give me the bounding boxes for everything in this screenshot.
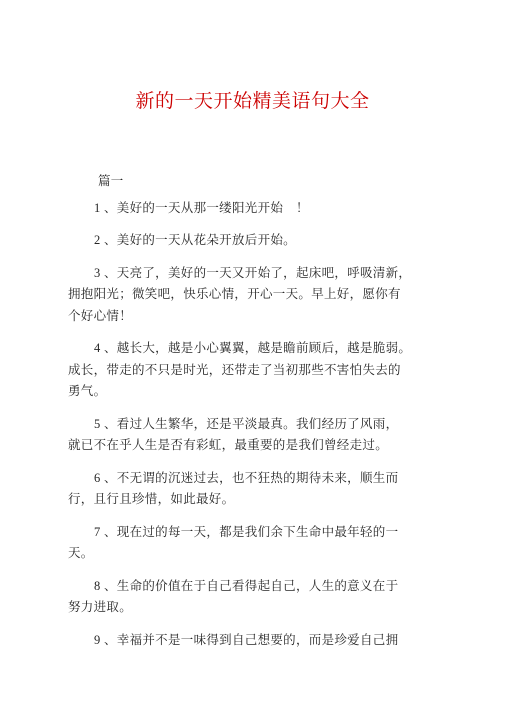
paragraph-8: 8 、生命的价值在于自己看得起自己，人生的意义在于 努力进取。 [68,576,505,619]
paragraph-9: 9 、幸福并不是一味得到自己想要的，而是珍爱自己拥 [68,630,505,652]
paragraph-line: 天。 [68,543,505,565]
paragraph-line: 7 、现在过的每一天，都是我们余下生命中最年轻的一 [68,522,505,544]
paragraph-3: 3 、天亮了，美好的一天又开始了，起床吧，呼吸清新， 拥抱阳光；微笑吧，快乐心情… [68,263,505,328]
paragraph-line: 拥抱阳光；微笑吧，快乐心情，开心一天。早上好，愿你有 [68,284,505,306]
paragraph-line: 个好心情！ [68,306,505,328]
paragraph-line: 1 、美好的一天从那一缕阳光开始 ！ [68,198,505,220]
paragraph-2: 2 、美好的一天从花朵开放后开始。 [68,230,505,252]
paragraph-line: 6 、不无谓的沉迷过去，也不狂热的期待未来，顺生而 [68,468,505,490]
paragraph-line: 就已不在乎人生是否有彩虹，最重要的是我们曾经走过。 [68,435,505,457]
paragraph-line: 3 、天亮了，美好的一天又开始了，起床吧，呼吸清新， [68,263,505,285]
paragraph-5: 5 、看过人生繁华，还是平淡最真。我们经历了风雨， 就已不在乎人生是否有彩虹，最… [68,414,505,457]
paragraph-line: 成长，带走的不只是时光，还带走了当初那些不害怕失去的 [68,360,505,382]
paragraph-1: 1 、美好的一天从那一缕阳光开始 ！ [68,198,505,220]
paragraph-6: 6 、不无谓的沉迷过去，也不狂热的期待未来，顺生而 行，且行且珍惜，如此最好。 [68,468,505,511]
paragraph-7: 7 、现在过的每一天，都是我们余下生命中最年轻的一 天。 [68,522,505,565]
section-label: 篇一 [68,171,505,193]
document-title: 新的一天开始精美语句大全 [0,89,505,115]
paragraph-4: 4 、越长大，越是小心翼翼，越是瞻前顾后，越是脆弱。 成长，带走的不只是时光，还… [68,338,505,403]
paragraph-line: 勇气。 [68,381,505,403]
document-page: 新的一天开始精美语句大全 篇一 1 、美好的一天从那一缕阳光开始 ！ 2 、美好… [0,0,505,714]
paragraph-line: 行，且行且珍惜，如此最好。 [68,489,505,511]
paragraph-line: 2 、美好的一天从花朵开放后开始。 [68,230,505,252]
paragraph-line: 5 、看过人生繁华，还是平淡最真。我们经历了风雨， [68,414,505,436]
paragraph-line: 9 、幸福并不是一味得到自己想要的，而是珍爱自己拥 [68,630,505,652]
paragraph-line: 8 、生命的价值在于自己看得起自己，人生的意义在于 [68,576,505,598]
paragraph-line: 4 、越长大，越是小心翼翼，越是瞻前顾后，越是脆弱。 [68,338,505,360]
paragraph-line: 努力进取。 [68,597,505,619]
